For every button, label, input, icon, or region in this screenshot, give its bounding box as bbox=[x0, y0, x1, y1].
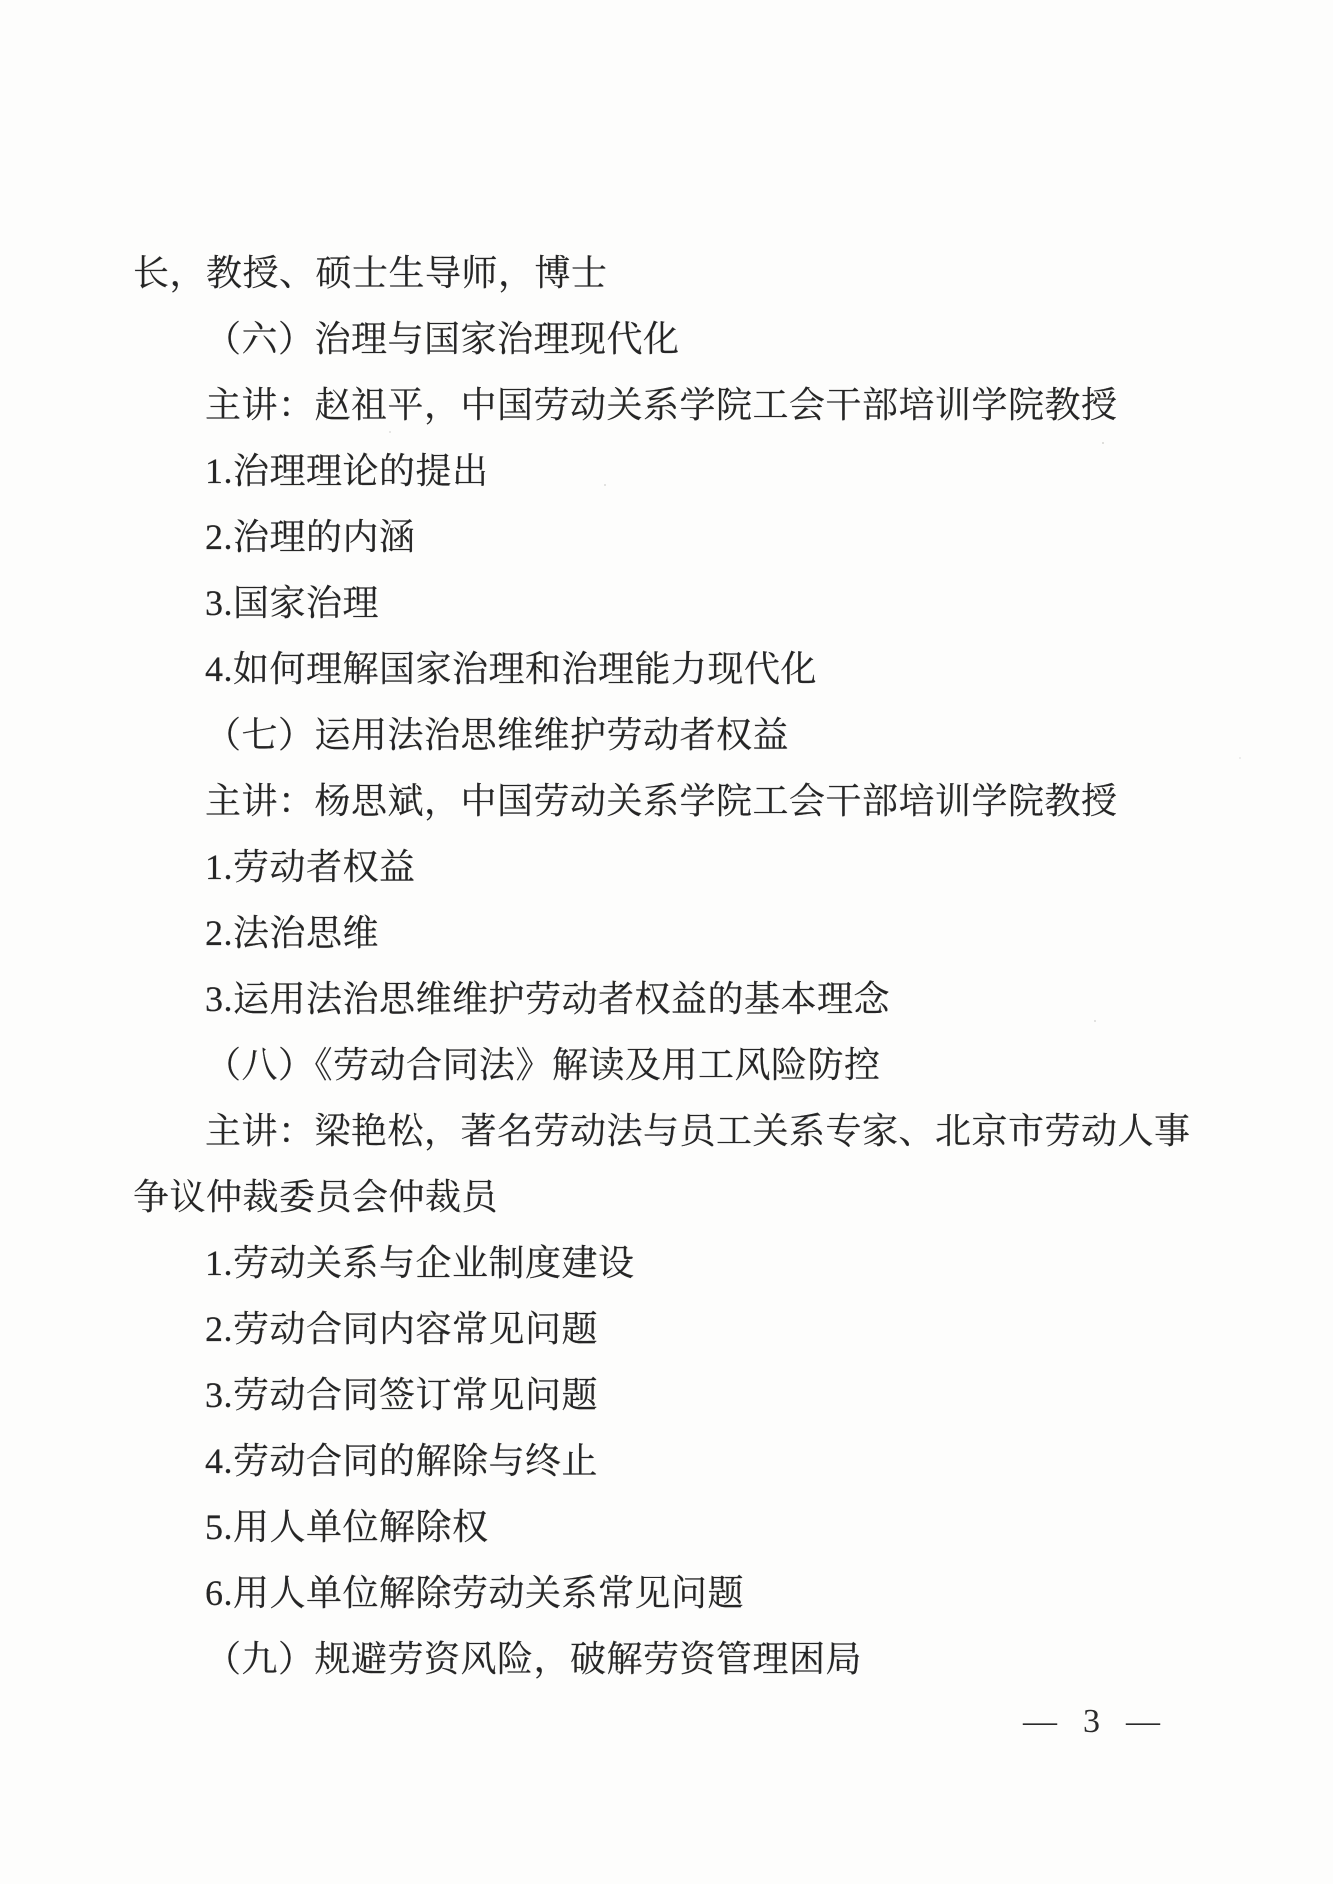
page-number-value: 3 bbox=[1083, 1698, 1100, 1746]
list-item: 1.劳动关系与企业制度建设 bbox=[133, 1230, 1223, 1296]
list-item: 3.运用法治思维维护劳动者权益的基本理念 bbox=[133, 966, 1223, 1032]
list-item: 2.法治思维 bbox=[133, 900, 1223, 966]
list-item: 3.国家治理 bbox=[133, 570, 1223, 636]
lecturer-line: 主讲：梁艳松，著名劳动法与员工关系专家、北京市劳动人事 bbox=[133, 1098, 1223, 1164]
section-heading-6: （六）治理与国家治理现代化 bbox=[133, 306, 1223, 372]
document-body: 长，教授、硕士生导师，博士 （六）治理与国家治理现代化 主讲：赵祖平，中国劳动关… bbox=[133, 240, 1223, 1692]
section-heading-8: （八）《劳动合同法》解读及用工风险防控 bbox=[133, 1032, 1223, 1098]
continuation-line: 长，教授、硕士生导师，博士 bbox=[133, 240, 1223, 306]
page-number-right-dash: — bbox=[1126, 1698, 1160, 1746]
list-item: 1.治理理论的提出 bbox=[133, 438, 1223, 504]
list-item: 4.如何理解国家治理和治理能力现代化 bbox=[133, 636, 1223, 702]
scanned-document-page: 长，教授、硕士生导师，博士 （六）治理与国家治理现代化 主讲：赵祖平，中国劳动关… bbox=[0, 0, 1333, 1884]
list-item: 2.劳动合同内容常见问题 bbox=[133, 1296, 1223, 1362]
list-item: 1.劳动者权益 bbox=[133, 834, 1223, 900]
page-number-left-dash: — bbox=[1023, 1698, 1057, 1746]
lecturer-line: 主讲：杨思斌，中国劳动关系学院工会干部培训学院教授 bbox=[133, 768, 1223, 834]
list-item: 3.劳动合同签订常见问题 bbox=[133, 1362, 1223, 1428]
lecturer-line: 主讲：赵祖平，中国劳动关系学院工会干部培训学院教授 bbox=[133, 372, 1223, 438]
list-item: 5.用人单位解除权 bbox=[133, 1494, 1223, 1560]
list-item: 2.治理的内涵 bbox=[133, 504, 1223, 570]
list-item: 6.用人单位解除劳动关系常见问题 bbox=[133, 1560, 1223, 1626]
page-number: —3— bbox=[1023, 1698, 1160, 1746]
continuation-line: 争议仲裁委员会仲裁员 bbox=[133, 1164, 1223, 1230]
section-heading-7: （七）运用法治思维维护劳动者权益 bbox=[133, 702, 1223, 768]
list-item: 4.劳动合同的解除与终止 bbox=[133, 1428, 1223, 1494]
section-heading-9: （九）规避劳资风险，破解劳资管理困局 bbox=[133, 1626, 1223, 1692]
